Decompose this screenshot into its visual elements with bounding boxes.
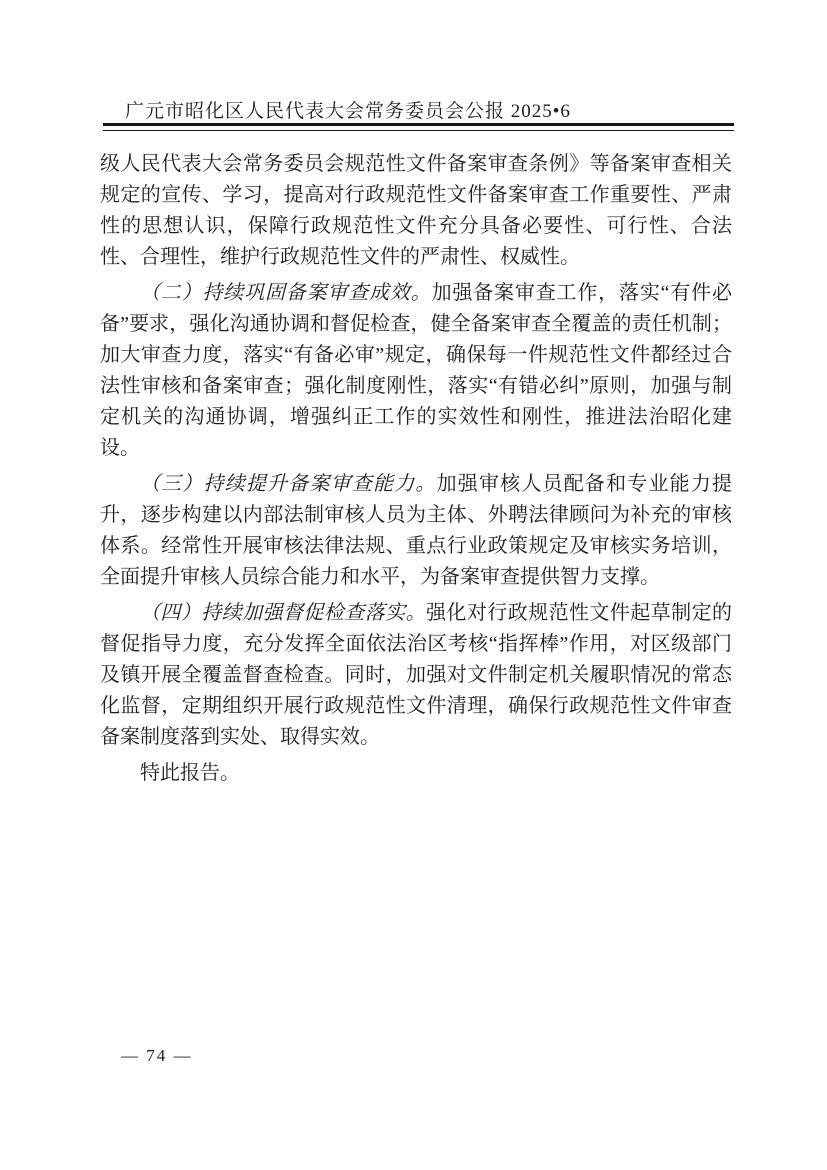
paragraph-text: 加强备案审查工作，落实“有件必备”要求，强化沟通协调和督促检查，健全备案审查全覆… (100, 282, 732, 459)
header-rule-divider (103, 123, 734, 131)
paragraph-item-2: （二）持续巩固备案审查成效。加强备案审查工作，落实“有件必备”要求，强化沟通协调… (100, 278, 732, 464)
paragraph-item-4: （四）持续加强督促检查落实。强化对行政规范性文件起草制定的督促指导力度，充分发挥… (100, 598, 732, 753)
paragraph-text: 特此报告。 (140, 762, 240, 784)
paragraph-lead: （二）持续巩固备案审查成效。 (140, 282, 432, 304)
paragraph-lead: （三）持续提升备案审查能力。 (140, 473, 437, 495)
paragraph-lead: （四）持续加强督促检查落实。 (140, 602, 426, 624)
page-number: — 74 — (121, 1046, 193, 1066)
paragraph-text: 级人民代表大会常务委员会规范性文件备案审查条例》等备案审查相关规定的宣传、学习，… (100, 153, 732, 268)
paragraph-continuation: 级人民代表大会常务委员会规范性文件备案审查条例》等备案审查相关规定的宣传、学习，… (100, 149, 732, 273)
paragraph-closing: 特此报告。 (100, 758, 732, 789)
gazette-page: 广元市昭化区人民代表大会常务委员会公报 2025•6 级人民代表大会常务委员会规… (0, 0, 827, 1170)
report-body: 级人民代表大会常务委员会规范性文件备案审查条例》等备案审查相关规定的宣传、学习，… (100, 149, 732, 794)
paragraph-item-3: （三）持续提升备案审查能力。加强审核人员配备和专业能力提升，逐步构建以内部法制审… (100, 469, 732, 593)
gazette-header-title: 广元市昭化区人民代表大会常务委员会公报 2025•6 (125, 96, 571, 123)
